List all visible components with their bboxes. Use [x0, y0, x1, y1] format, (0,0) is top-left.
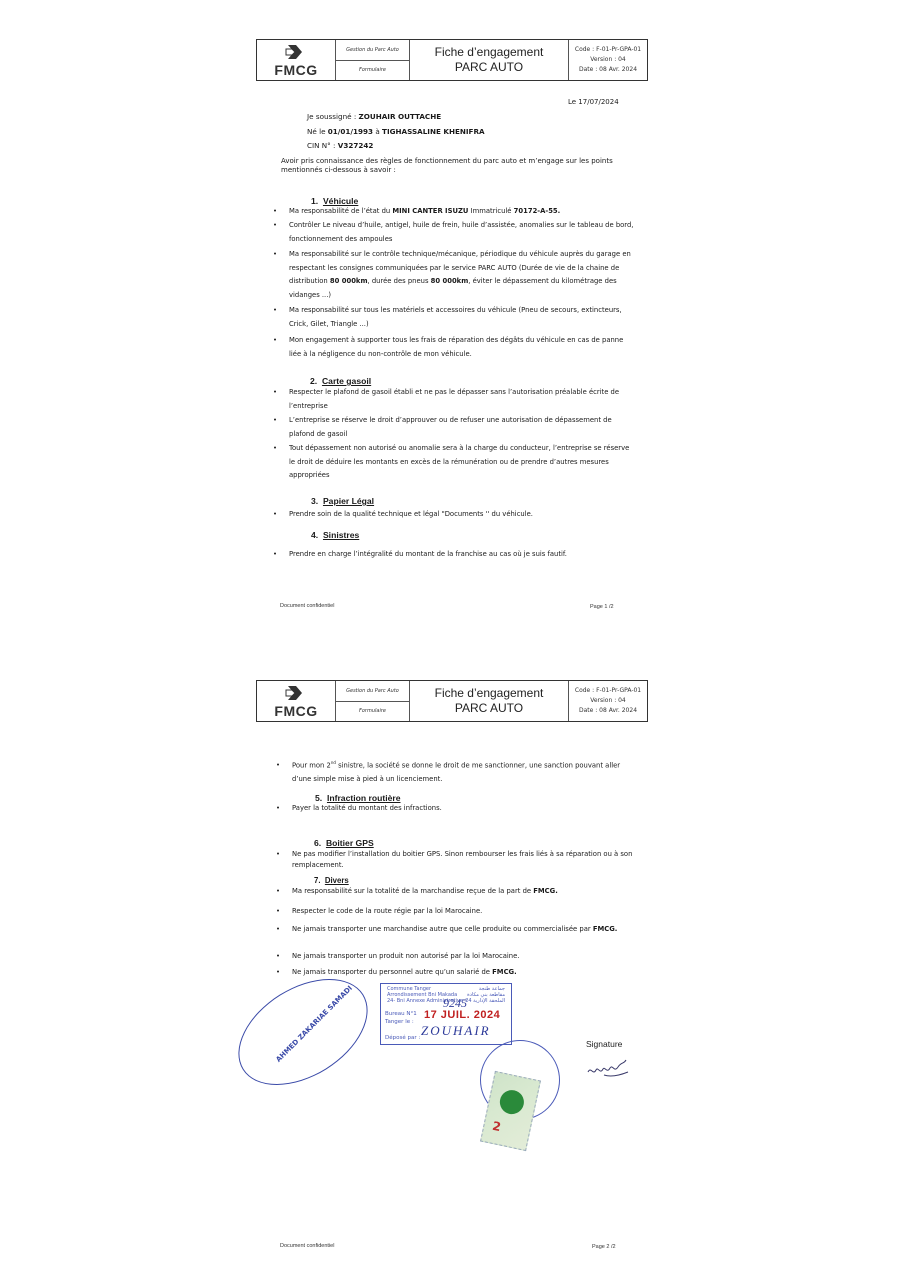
doc-code: Code : F-01-Pr-GPA-01	[575, 45, 641, 55]
list-item: •Ne jamais transporter du personnel autr…	[284, 966, 634, 980]
form-header: FMCG Gestion du Parc Auto Formulaire Fic…	[256, 39, 648, 81]
section-divers-title: 7. Divers	[314, 876, 349, 885]
list-item: •Ma responsabilité de l’état du MINI CAN…	[281, 205, 634, 219]
document-title: Fiche d’engagement PARC AUTO	[410, 681, 569, 721]
signature-label: Signature	[586, 1039, 622, 1049]
signature-scribble	[586, 1058, 631, 1080]
document-meta: Code : F-01-Pr-GPA-01 Version : 04 Date …	[569, 40, 647, 80]
stamp-handwritten-name: ZOUHAIR	[421, 1023, 491, 1039]
doc-date: Date : 08 Avr. 2024	[579, 706, 637, 716]
signee-name: ZOUHAIR OUTTACHE	[359, 112, 442, 121]
title-line-1: Fiche d’engagement	[435, 686, 544, 701]
signee-line: Je soussigné : ZOUHAIR OUTTACHE	[307, 112, 441, 121]
department-label: Gestion du Parc Auto	[336, 40, 409, 61]
document-meta: Code : F-01-Pr-GPA-01 Version : 04 Date …	[569, 681, 647, 721]
form-header: FMCG Gestion du Parc Auto Formulaire Fic…	[256, 680, 648, 722]
list-item: •Ma responsabilité sur la totalité de la…	[284, 885, 634, 899]
brand-name: FMCG	[274, 703, 317, 719]
list-item: •Ma responsabilité sur le contrôle techn…	[281, 248, 634, 302]
arrow-logo-icon	[285, 684, 307, 702]
page-number: Page 1 /2	[590, 604, 614, 610]
cin-number: V327242	[338, 141, 374, 150]
brand-name: FMCG	[274, 62, 317, 78]
list-item: •Prendre en charge l’intégralité du mont…	[281, 548, 634, 562]
department-label: Gestion du Parc Auto	[336, 681, 409, 702]
cin-line: CIN N° : V327242	[307, 141, 373, 150]
title-line-1: Fiche d’engagement	[435, 45, 544, 60]
legalization-stamp: Commune Tanger Arrondissement Bni Makada…	[380, 983, 512, 1045]
list-item: •Respecter le code de la route régie par…	[284, 905, 634, 919]
doc-version: Version : 04	[590, 696, 626, 706]
list-item: •Ne pas modifier l’installation du boiti…	[284, 849, 634, 871]
birth-place: TIGHASSALINE KHENIFRA	[382, 127, 485, 136]
birth-line: Né le 01/01/1993 à TIGHASSALINE KHENIFRA	[307, 127, 485, 136]
section-gps-title: 6. Boitier GPS	[314, 838, 374, 848]
list-item: •L’entreprise se réserve le droit d’appr…	[281, 414, 634, 441]
doc-code: Code : F-01-Pr-GPA-01	[575, 686, 641, 696]
list-item: •Payer la totalité du montant des infrac…	[284, 802, 634, 816]
list-item: •Ma responsabilité sur tous les matériel…	[281, 304, 634, 331]
title-line-2: PARC AUTO	[455, 60, 523, 75]
document-title: Fiche d’engagement PARC AUTO	[410, 40, 569, 80]
intro-paragraph: Avoir pris connaissance des règles de fo…	[281, 157, 626, 175]
list-item: •Mon engagement à supporter tous les fra…	[281, 334, 634, 361]
document-page-1: FMCG Gestion du Parc Auto Formulaire Fic…	[0, 0, 904, 640]
company-logo: FMCG	[257, 681, 336, 721]
list-item: •Tout dépassement non autorisé ou anomal…	[281, 442, 634, 483]
document-page-2: FMCG Gestion du Parc Auto Formulaire Fic…	[0, 640, 904, 1280]
section-sinistres-title: 4. Sinistres	[311, 530, 359, 540]
doc-type-label: Formulaire	[336, 702, 409, 722]
page-number: Page 2 /2	[592, 1244, 616, 1250]
list-item: •Pour mon 2nd sinistre, la société se do…	[284, 756, 634, 786]
doc-type-label: Formulaire	[336, 61, 409, 81]
birth-date: 01/01/1993	[328, 127, 373, 136]
stamp-admin-right: جماعة طنجة مقاطعة بني مكادة الملحقة الإد…	[465, 986, 505, 1004]
arrow-logo-icon	[285, 43, 307, 61]
footer-confidential: Document confidentiel	[280, 603, 334, 609]
title-line-2: PARC AUTO	[455, 701, 523, 716]
list-item: •Ne jamais transporter un produit non au…	[284, 950, 634, 964]
list-item: •Prendre soin de la qualité technique et…	[281, 508, 634, 522]
letter-date: Le 17/07/2024	[568, 98, 619, 106]
list-item: •Respecter le plafond de gasoil établi e…	[281, 386, 634, 413]
list-item: •Contrôler Le niveau d’huile, antigel, h…	[281, 219, 634, 246]
fiscal-seal-icon	[498, 1088, 526, 1116]
stamp-labels: Bureau N°1 Tanger le : Déposé par :	[385, 1010, 420, 1042]
doc-version: Version : 04	[590, 55, 626, 65]
list-item: •Ne jamais transporter une marchandise a…	[284, 924, 634, 934]
stamp-date: 17 JUIL. 2024	[424, 1009, 500, 1021]
section-papier-legal-title: 3. Papier Légal	[311, 496, 374, 506]
company-logo: FMCG	[257, 40, 336, 80]
section-carte-gasoil-title: 2. Carte gasoil	[310, 376, 371, 386]
doc-date: Date : 08 Avr. 2024	[579, 65, 637, 75]
footer-confidential: Document confidentiel	[280, 1243, 334, 1249]
